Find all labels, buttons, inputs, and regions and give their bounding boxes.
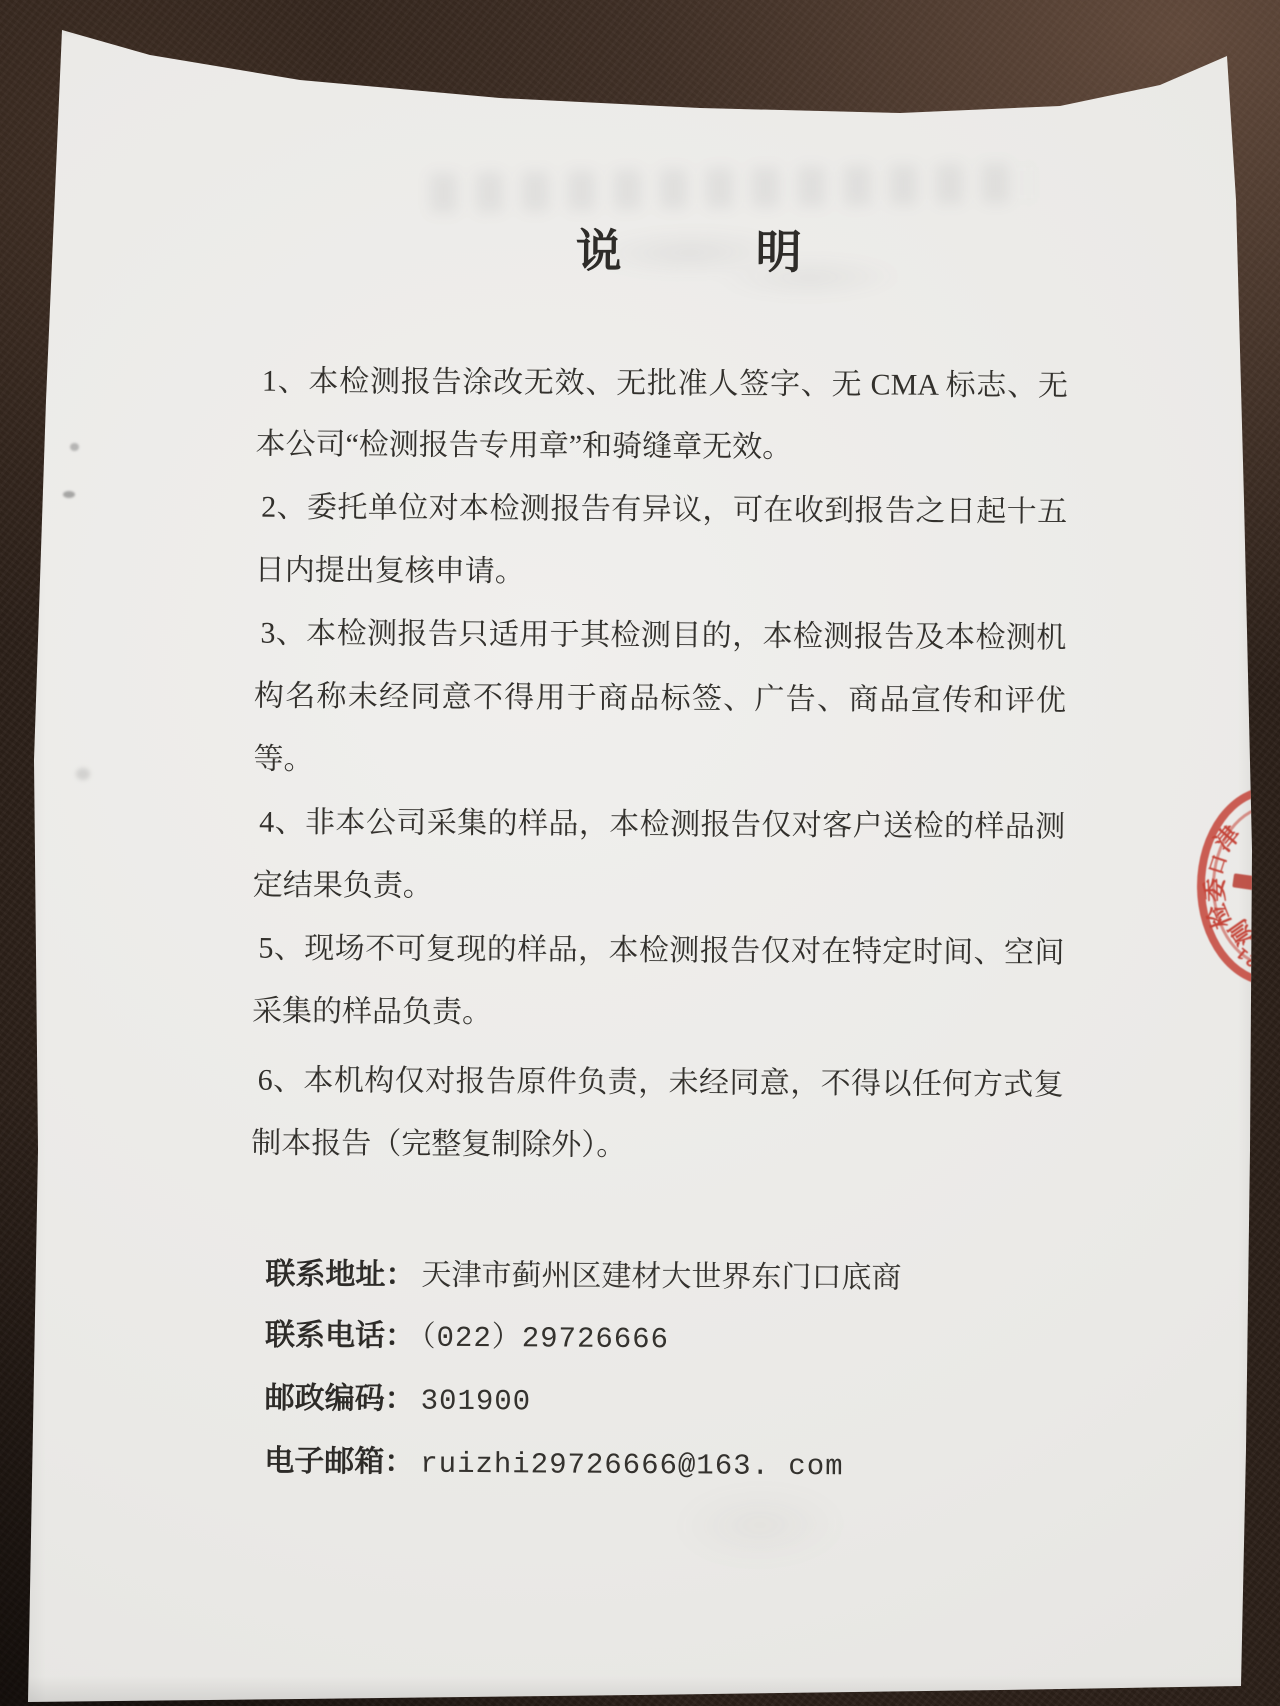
leather-background: 说 明 1、本检测报告涂改无效、无批准人签字、无 CMA 标志、无本公司“检测报… (0, 0, 1280, 1706)
document-page: 说 明 1、本检测报告涂改无效、无批准人签字、无 CMA 标志、无本公司“检测报… (0, 0, 1280, 1706)
stamp-digit: 0 (1248, 954, 1272, 978)
official-seam-stamp: 津 口 委 检 测 1 2 0 (0, 0, 1280, 1706)
